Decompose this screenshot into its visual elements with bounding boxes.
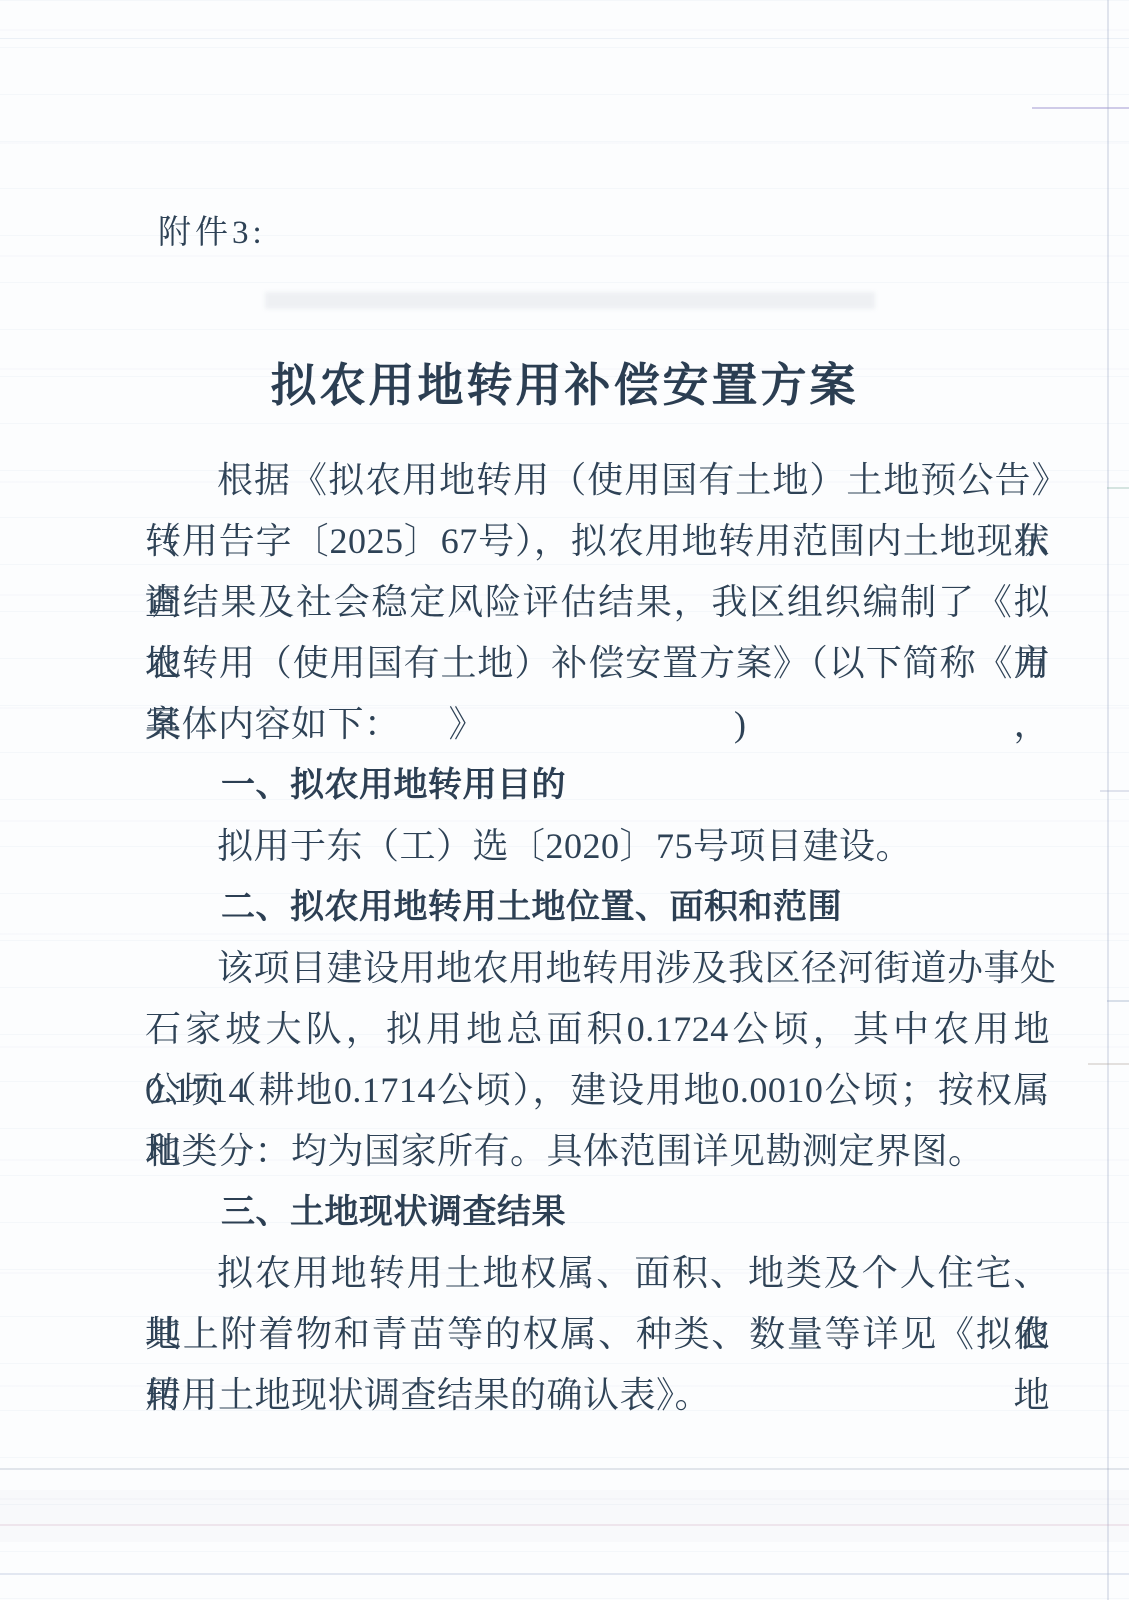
body-line: 查结果及社会稳定风险评估结果，我区组织编制了《拟农用 xyxy=(145,572,1050,633)
document-title: 拟农用地转用补偿安置方案 xyxy=(0,349,1129,415)
section-heading-1: 一、拟农用地转用目的 xyxy=(145,755,1050,816)
body-line: 拟农用地转用土地权属、面积、地类及个人住宅、其他 xyxy=(145,1243,1050,1304)
section-heading-2: 二、拟农用地转用土地位置、面积和范围 xyxy=(145,877,1050,938)
scan-streak-line xyxy=(0,1573,1129,1575)
scan-tick-mark xyxy=(1107,487,1129,489)
document-body: 根据《拟农用地转用（使用国有土地）土地预公告》（东 转用告字〔2025〕67号）… xyxy=(145,450,1050,1426)
body-line: 公顷（耕地0.1714公顷），建设用地0.0010公顷；按权属和 xyxy=(145,1060,1050,1121)
section-heading-3: 三、土地现状调查结果 xyxy=(145,1182,1050,1243)
body-line: 该项目建设用地农用地转用涉及我区径河街道办事处 xyxy=(145,938,1050,999)
scan-edge-line xyxy=(1107,0,1109,1600)
body-line: 石家坡大队，拟用地总面积0.1724公顷，其中农用地0.1714 xyxy=(145,999,1050,1060)
scan-streak-line xyxy=(0,38,1129,39)
scanned-document-page: 附件3: 拟农用地转用补偿安置方案 根据《拟农用地转用（使用国有土地）土地预公告… xyxy=(0,0,1129,1600)
body-line: 拟用于东（工）选〔2020〕75号项目建设。 xyxy=(145,816,1050,877)
scan-streak-line xyxy=(0,1524,1129,1526)
body-line: 根据《拟农用地转用（使用国有土地）土地预公告》（东 xyxy=(145,450,1050,511)
body-line: 地上附着物和青苗等的权属、种类、数量等详见《拟农用地 xyxy=(145,1304,1050,1365)
scan-streak-line xyxy=(0,1468,1129,1470)
attachment-label: 附件3: xyxy=(158,206,266,253)
scan-tick-mark xyxy=(1107,1000,1129,1002)
scan-streak-band xyxy=(0,1490,1129,1542)
scan-tick-mark xyxy=(1088,1063,1129,1065)
body-line: 转用告字〔2025〕67号），拟农用地转用范围内土地现状调 xyxy=(145,511,1050,572)
scan-streak-line xyxy=(1032,107,1129,109)
scan-tick-mark xyxy=(1100,790,1129,792)
body-line: 地类分：均为国家所有。具体范围详见勘测定界图。 xyxy=(145,1121,1050,1182)
body-line: 地转用（使用国有土地）补偿安置方案》（以下简称《方案》)， xyxy=(145,633,1050,694)
scan-ghost-band xyxy=(265,292,875,309)
